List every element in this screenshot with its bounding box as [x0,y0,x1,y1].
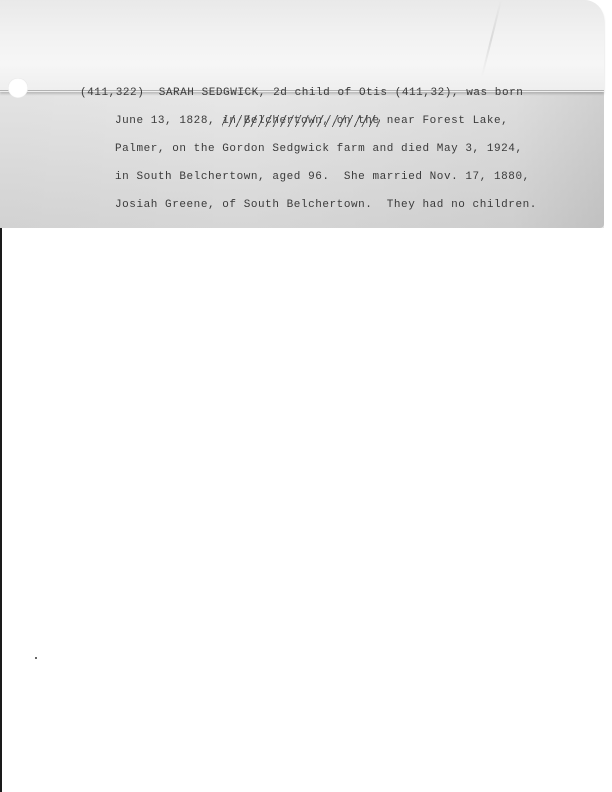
entry-line-3: Palmer, on the Gordon Sedgwick farm and … [115,142,523,156]
entry-id: (411,322) [80,87,144,99]
entry-line-1: (411,322) SARAH SEDGWICK, 2d child of Ot… [80,86,523,100]
folded-flap [0,0,604,92]
struck-out-text: in Belchertown, on the [222,115,379,127]
entry-line-1-rest: 2d child of Otis (411,32), was born [273,87,523,99]
person-name: SARAH SEDGWICK, [159,87,266,99]
entry-line-5: Josiah Greene, of South Belchertown. The… [115,198,537,212]
birth-place: near Forest Lake, [380,115,509,127]
entry-line-4: in South Belchertown, aged 96. She marri… [115,170,530,184]
birth-date: June 13, 1828, [115,115,222,127]
entry-line-2: June 13, 1828, in Belchertown, on the ne… [115,114,508,128]
scan-speck [35,657,37,659]
typed-entry: (411,322) SARAH SEDGWICK, 2d child of Ot… [0,0,29,84]
flap-crease [481,0,502,78]
index-card: (411,322) SARAH SEDGWICK, 2d child of Ot… [0,0,604,228]
